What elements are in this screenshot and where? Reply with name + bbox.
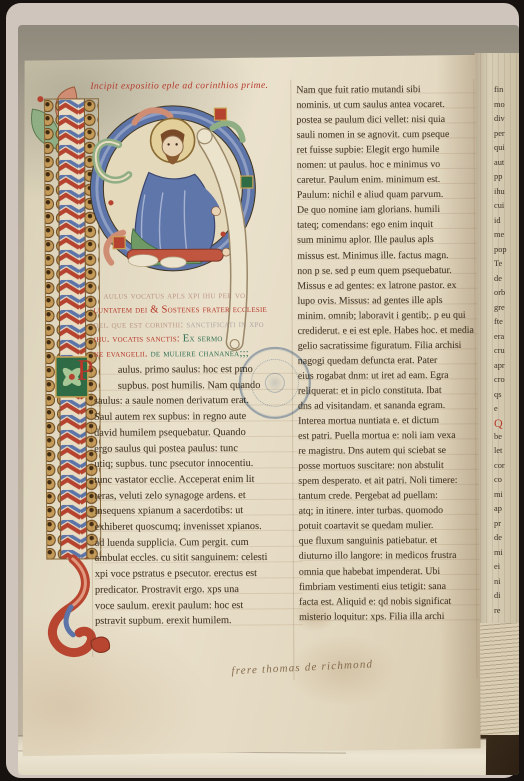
text-line: teras, veluti zelo synagoge ardens. et	[94, 487, 302, 504]
text-line: ad luenda supplicia. Cum pergit. cum	[95, 534, 303, 551]
text-line: diuturno illo langore: in medicos frustr…	[299, 548, 489, 564]
edge-text-fragment: mi	[494, 546, 519, 561]
edge-text-fragment: orb	[494, 286, 519, 301]
edge-text-fragment: let	[494, 444, 519, 459]
edge-text-fragment: gre	[494, 301, 519, 316]
text-line: re magistru. Dns autem qui sciebat se	[298, 443, 488, 459]
photograph-frame: finmodivperquiautppihucuiidmepopTedeorbg…	[0, 0, 524, 781]
photo-print-border: finmodivperquiautppihucuiidmepopTedeorbg…	[6, 3, 519, 778]
page-edge-stack	[474, 623, 519, 735]
text-line: non p se. sed p eum quem psequebatur.	[297, 262, 487, 278]
edge-text-fragment: cor	[494, 459, 519, 474]
text-line: Paulum: nichil e aliud quam parvum.	[297, 187, 487, 203]
edge-text-fragment: ap	[494, 502, 519, 517]
text-line: misterio loquitur: xps. Filia illa archi	[299, 608, 489, 624]
text-line: sauli nomen in se agnovit. cum pseque	[297, 127, 487, 143]
text-line: que fluxum sanguinis patiebatur. et	[299, 533, 489, 549]
text-line: exhiberet quoscumq; invenisset xpianos.	[95, 519, 303, 536]
text-line: tunc vastator ecclie. Acceperat enim lit	[94, 472, 302, 489]
edge-text-fragment: mi	[494, 488, 519, 503]
edge-text-fragment: Te	[494, 257, 519, 272]
edge-text-fragment: cro	[494, 373, 519, 388]
text-line: ambulat eccles. cu sitit sanguinem: cele…	[95, 550, 303, 567]
display-line: ihu. vocatis sanctis: Ex sermo	[94, 332, 304, 348]
text-line: crediderut. e ei est eple. Habes hoc. et…	[298, 323, 488, 339]
text-line: sum minimu aplor. Ille paulus apls	[297, 232, 487, 248]
edge-text-fragment: ni	[494, 575, 519, 590]
text-line: ret fuisse supbie: Elegit ergo humile	[297, 142, 487, 158]
edge-text-fragment: pop	[494, 243, 519, 258]
edge-text-fragment: be	[494, 430, 519, 445]
text-line: Nam que fuit ratio mutandi sibi	[296, 82, 486, 98]
edge-text-fragment: cui	[494, 199, 519, 214]
text-line: spem desperato. et ait patri. Noli timer…	[298, 473, 488, 489]
text-line: dns ad visitandam. et sananda egram.	[298, 398, 488, 414]
manuscript-leaf: Incipit expositio eple ad corinthios pri…	[18, 55, 481, 756]
book-fore-edge: finmodivperquiautppihucuiidmepopTedeorbg…	[473, 53, 519, 735]
edge-text-fragment: de	[494, 531, 519, 546]
edge-text-fragment: pp	[494, 170, 519, 185]
edge-text-fragment: div	[494, 112, 519, 127]
right-text-column: Nam que fuit ratio mutandi sibinominis. …	[296, 82, 489, 625]
edge-text-fragment: de	[494, 272, 519, 287]
text-line: Interea mortua nuntiata e. et dictum	[298, 413, 488, 429]
edge-text-fragment: per	[494, 127, 519, 142]
text-line: ergo saulus qui postea paulus: tunc	[94, 440, 302, 457]
text-line: insequens xpianum a sacerdotibs: ut	[95, 503, 303, 520]
edge-text-fragment: re	[494, 604, 519, 619]
edge-text-fragment: ei	[494, 560, 519, 575]
text-line: posse mortuos suscitare: non abstulit	[298, 458, 488, 474]
edge-text-fragment: pr	[494, 517, 519, 532]
edge-text-fragment: cru	[494, 344, 519, 359]
text-line: gelio sacratissime figuratum. Filia arch…	[298, 338, 488, 354]
text-line: reliquerat: et in piclo constituta. Ibat	[298, 383, 488, 399]
text-line: omnia que habebat impenderat. Ubi	[299, 563, 489, 579]
text-line: eius rogabat dnm: ut iret ad eam. Egra	[298, 368, 488, 384]
text-line: nagogi quedam defuncta erat. Pater	[298, 353, 488, 369]
text-line: missus est. Minimus ille. factus magn.	[297, 247, 487, 263]
edge-text-fragment: id	[494, 214, 519, 229]
edge-text-fragment: Q	[494, 417, 519, 430]
edge-text-fragment: era	[494, 330, 519, 345]
edge-text-fragment: qs	[494, 388, 519, 403]
text-line: caretur. Paulum enim. minimum est.	[297, 172, 487, 188]
display-line: luntatem dei & Sostenes frater ecclesie	[93, 303, 303, 319]
text-line: facta est. Aliquid e: qd nobis significa…	[299, 593, 489, 609]
text-line: De quo nomine iam glorians. humili	[297, 202, 487, 218]
adjacent-page-text: finmodivperquiautppihucuiidmepopTedeorbg…	[494, 83, 519, 618]
display-line: dei. que est corinthi: sanctificati in x…	[94, 318, 304, 334]
edge-text-fragment: apr	[494, 359, 519, 374]
text-line: Missus e ad gentes: ex latrone pastor. e…	[297, 277, 487, 293]
edge-text-fragment: me	[494, 228, 519, 243]
edge-text-fragment: aut	[494, 156, 519, 171]
text-line: tateq; comendans: ego enim inquit	[297, 217, 487, 233]
edge-text-fragment: co	[494, 473, 519, 488]
edge-text-fragment: qui	[494, 141, 519, 156]
text-line: utiq; supbus. tunc psecutor innocentiu.	[94, 456, 302, 473]
edge-text-fragment: di	[494, 589, 519, 604]
display-line: aulus vocatus apls xpi ihu per vo	[93, 289, 303, 305]
text-line: david humilem psequebatur. Quando	[94, 425, 302, 442]
edge-text-fragment: e	[494, 402, 519, 417]
edge-text-fragment: ihu	[494, 185, 519, 200]
photo-scene: finmodivperquiautppihucuiidmepopTedeorbg…	[18, 25, 519, 775]
text-line: nominis. ut cum saulus antea vocaret.	[296, 97, 486, 113]
text-line: fimbriam vestimenti eius tetigit: sana	[299, 578, 489, 594]
edge-text-fragment: fte	[494, 315, 519, 330]
text-line: voce saulum. erexit paulum: hoc est	[95, 597, 303, 614]
text-line: lupo ovis. Missus: ad gentes ille apls	[297, 292, 487, 308]
text-line: tantum crede. Pergebat ad puellam:	[298, 488, 488, 504]
edge-text-fragment: fin	[494, 83, 519, 98]
text-line: minim. omnib; laboravit i gentib;. p eu …	[297, 307, 487, 323]
text-line: potuit coartavit se quedam mulier.	[299, 518, 489, 534]
text-line: est patri. Puella mortua e: noli iam vex…	[298, 428, 488, 444]
text-line: pstravit supbum. erexit humilem.	[95, 613, 303, 630]
text-line: predicator. Prostravit ergo. xps una	[95, 582, 303, 599]
text-line: xpi voce pstratus e psecutor. erectus es…	[95, 566, 303, 583]
text-line: postea se paulum dici vellet: nisi quia	[296, 112, 486, 128]
edge-text-fragment: mo	[494, 98, 519, 113]
text-line: atq; in itinere. inter turbas. quomodo	[299, 503, 489, 519]
text-line: nomen: ut paulus. hoc e minimus vo	[297, 157, 487, 173]
